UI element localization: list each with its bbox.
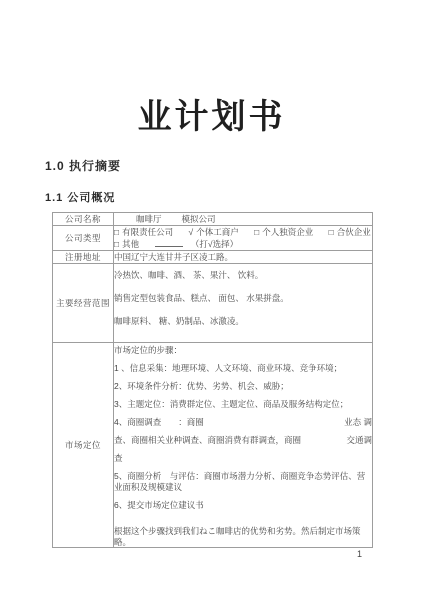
market-positioning-step1: 1 、信息采集：地理环境、人文环境、商业环境、竞争环境； — [114, 363, 372, 374]
row-company-type: 公司类型 □有限责任公司 √个体工商户 □个人独资企业 □合伙企业 □其他 （打… — [53, 226, 373, 251]
checkbox-mark: □ — [254, 227, 259, 237]
step4-line1: 4、商圈调查 ：商圈 业态 调 — [114, 417, 372, 428]
step4-line2-left: 查、商圈相关业种调查、商圈消费有群调查，商圈 — [114, 435, 301, 446]
checkbox-label: 合伙企业 — [337, 227, 371, 237]
market-positioning-step3: 3、主题定位：消费群定位、主题定位、商品及服务结构定位； — [114, 399, 372, 410]
step4-line2: 查、商圈相关业种调查、商圈消费有群调查，商圈 交通调 — [114, 435, 372, 446]
market-positioning-conclusion: 根据这个步骤找到我们ねこ咖啡店的优势和劣势。然后制定市场策略。 — [114, 526, 372, 547]
company-overview-table: 公司名称 咖啡厅模拟公司 公司类型 □有限责任公司 √个体工商户 □个人独资企业… — [52, 212, 373, 548]
market-positioning-step4: 4、商圈调查 ：商圈 业态 调 查、商圈相关业种调查、商圈消费有群调查，商圈 交… — [114, 417, 372, 446]
market-positioning-value-cell: 市场定位的步骤： 1 、信息采集：地理环境、人文环境、商业环境、竞争环境； 2、… — [114, 343, 373, 548]
business-scope-line: 咖啡原料、 糖、奶制品、冰激凌。 — [114, 316, 372, 326]
market-positioning-intro: 市场定位的步骤： — [114, 345, 372, 356]
registered-address-value: 中国辽宁大连甘井子区凌工路。 — [114, 251, 373, 264]
company-type-options-line2: □其他 （打√选择） — [114, 238, 372, 250]
company-name-part1: 咖啡厅 — [136, 214, 162, 224]
checkbox-option-sole-proprietorship: □个人独资企业 — [254, 227, 313, 237]
checkbox-label: 其他 — [122, 239, 139, 249]
checkbox-mark: □ — [114, 239, 119, 249]
business-scope-label: 主要经营范围 — [53, 264, 114, 343]
checkbox-label: 个体工商户 — [196, 227, 239, 237]
market-positioning-step5: 5、商圈分析 与评估：商圈市场潜力分析、商圈竞争态势评估、营业面积及规模建议 — [114, 471, 372, 492]
company-type-label: 公司类型 — [53, 226, 114, 251]
business-scope-line: 销售定型包装食品、糕点、 面包、 水果拼盘。 — [114, 293, 372, 303]
registered-address-label: 注册地址 — [53, 251, 114, 264]
business-scope-value-cell: 冷热饮、咖啡、酒、 茶、果汁、 饮料。 销售定型包装食品、糕点、 面包、 水果拼… — [114, 264, 373, 343]
row-registered-address: 注册地址 中国辽宁大连甘井子区凌工路。 — [53, 251, 373, 264]
section-heading-executive-summary: 1.0 执行摘要 — [45, 157, 423, 174]
checkbox-option-partnership: □合伙企业 — [329, 227, 371, 237]
subsection-heading-company-overview: 1.1 公司概况 — [45, 189, 423, 205]
step4-line1-right: 业态 调 — [344, 417, 372, 428]
row-business-scope: 主要经营范围 冷热饮、咖啡、酒、 茶、果汁、 饮料。 销售定型包装食品、糕点、 … — [53, 264, 373, 343]
company-type-value-cell: □有限责任公司 √个体工商户 □个人独资企业 □合伙企业 □其他 （打√选择） — [114, 226, 373, 251]
checkbox-option-other: □其他 — [114, 239, 139, 249]
market-positioning-step2: 2、环境条件分析：优势、劣势、机会、威胁； — [114, 381, 372, 392]
step4-line1-left: 4、商圈调查 ：商圈 — [114, 417, 204, 428]
company-type-options-line1: □有限责任公司 √个体工商户 □个人独资企业 □合伙企业 — [114, 226, 372, 238]
checkbox-label: 个人独资企业 — [262, 227, 313, 237]
checkbox-mark: □ — [114, 227, 119, 237]
company-name-part2: 模拟公司 — [182, 214, 216, 224]
page-number: 1 — [357, 549, 362, 559]
business-scope-line: 冷热饮、咖啡、酒、 茶、果汁、 饮料。 — [114, 270, 372, 280]
market-positioning-step6: 6、提交市场定位建议书 — [114, 500, 372, 511]
check-mark: √ — [189, 227, 194, 237]
company-name-value: 咖啡厅模拟公司 — [114, 213, 372, 225]
company-name-label: 公司名称 — [53, 213, 114, 226]
checkbox-mark: □ — [329, 227, 334, 237]
checkbox-label: 有限责任公司 — [122, 227, 173, 237]
checkbox-option-limited-liability: □有限责任公司 — [114, 227, 173, 237]
checkbox-option-individual-business: √个体工商户 — [189, 227, 239, 237]
tick-instruction: （打√选择） — [191, 239, 238, 249]
document-page: 业计划书 1.0 执行摘要 1.1 公司概况 公司名称 咖啡厅模拟公司 公司类型… — [0, 0, 423, 600]
blank-underline — [155, 239, 183, 247]
market-positioning-label: 市场定位 — [53, 343, 114, 548]
row-company-name: 公司名称 咖啡厅模拟公司 — [53, 213, 373, 226]
company-name-value-cell: 咖啡厅模拟公司 — [114, 213, 373, 226]
step4-line2-right: 交通调 — [346, 435, 372, 446]
step4-line3: 查 — [114, 453, 372, 464]
document-title: 业计划书 — [0, 0, 423, 137]
row-market-positioning: 市场定位 市场定位的步骤： 1 、信息采集：地理环境、人文环境、商业环境、竞争环… — [53, 343, 373, 548]
